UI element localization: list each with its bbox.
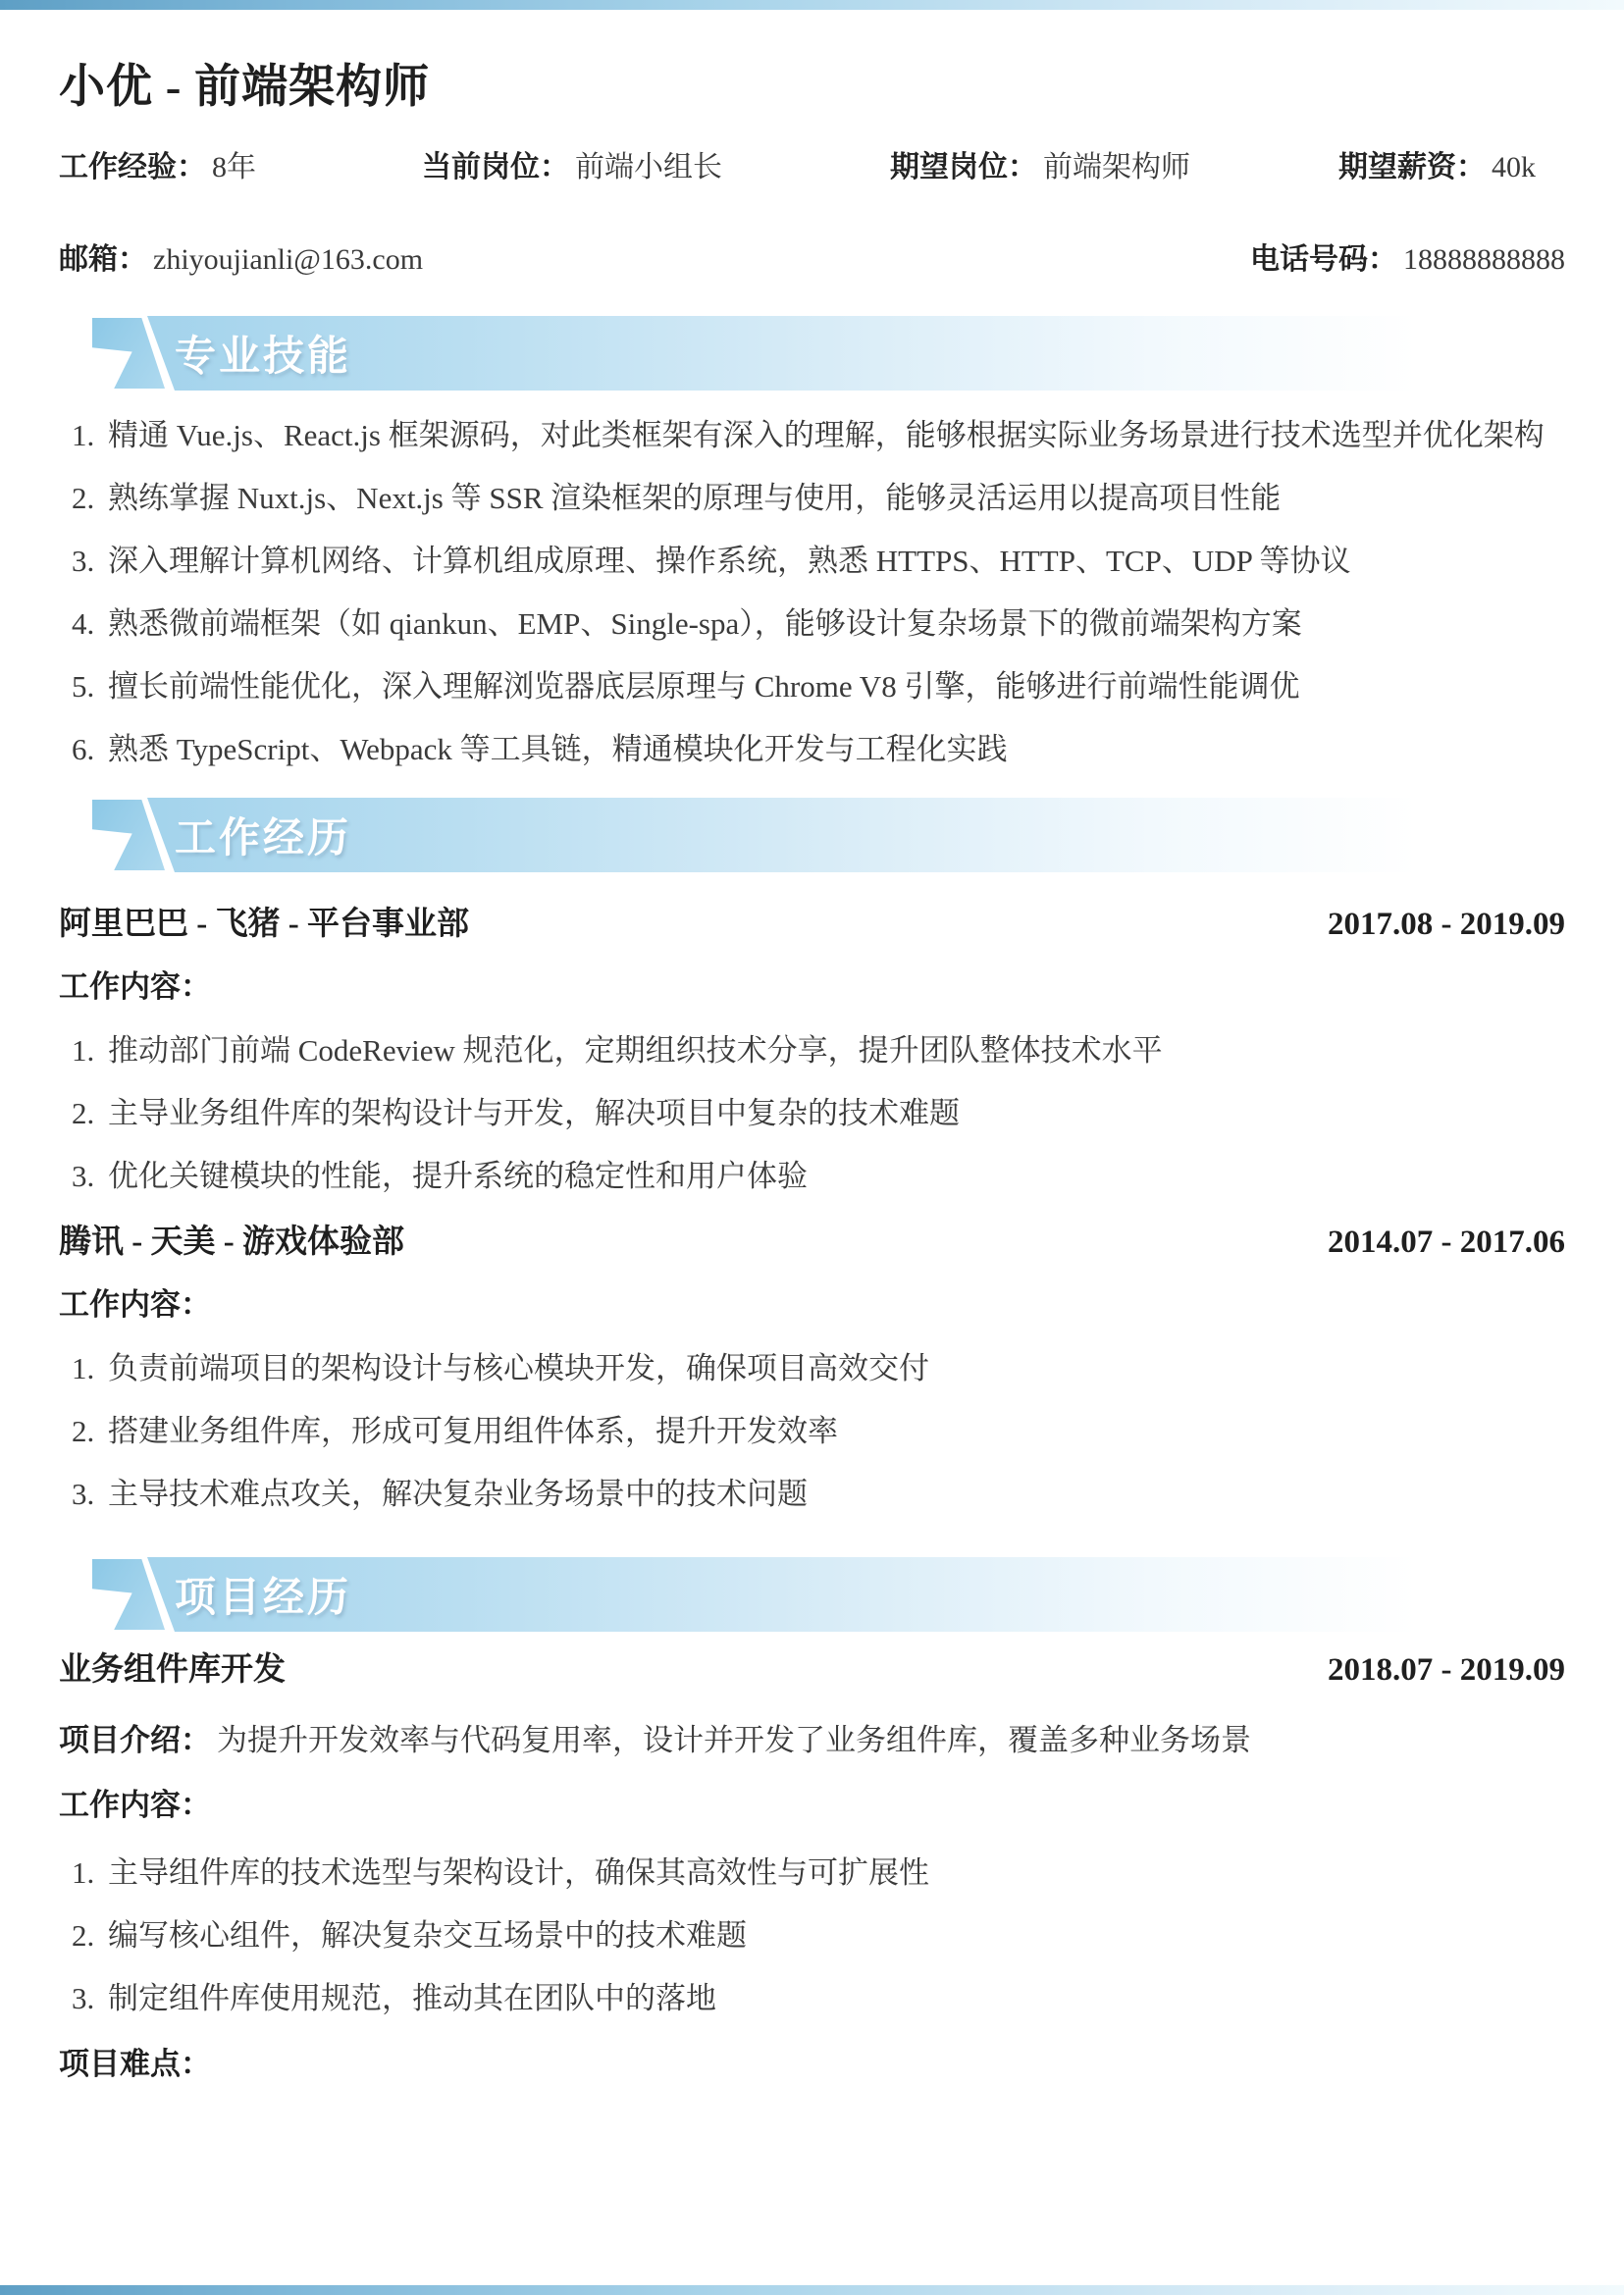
section-title-skills: 专业技能 <box>175 324 351 383</box>
skills-section: 精通 Vue.js、React.js 框架源码，对此类框架有深入的理解，能够根据… <box>59 391 1565 773</box>
info-field-label: 期望岗位： <box>890 151 1037 183</box>
info-field-label: 当前岗位： <box>422 151 569 183</box>
info-field-label: 工作经验： <box>59 151 206 183</box>
resume-title: 小优 - 前端架构师 <box>59 0 1565 118</box>
project-period: 2018.07 - 2019.09 <box>1328 1647 1565 1693</box>
work-item: 搭建业务组件库，形成可复用组件体系，提升开发效率 <box>102 1408 1565 1455</box>
skill-item: 擅长前端性能优化，深入理解浏览器底层原理与 Chrome V8 引擎，能够进行前… <box>102 663 1565 710</box>
info-field-value: 8年 <box>212 151 256 183</box>
job-period: 2014.07 - 2017.06 <box>1328 1220 1565 1265</box>
section-header-work: 工作经历 <box>59 798 1565 872</box>
project-intro-label: 项目介绍： <box>59 1723 211 1757</box>
top-accent-bar <box>0 0 1624 10</box>
skill-item: 深入理解计算机网络、计算机组成原理、操作系统，熟悉 HTTPS、HTTP、TCP… <box>102 538 1565 585</box>
job-block-alibaba: 阿里巴巴 - 飞猪 - 平台事业部 2017.08 - 2019.09 工作内容… <box>59 902 1565 1200</box>
work-content-label: 工作内容： <box>59 1282 1565 1328</box>
skill-item: 熟悉 TypeScript、Webpack 等工具链，精通模块化开发与工程化实践 <box>102 726 1565 773</box>
job-head-row: 阿里巴巴 - 飞猪 - 平台事业部 2017.08 - 2019.09 <box>59 902 1565 947</box>
project-intro-text: 为提升开发效率与代码复用率，设计并开发了业务组件库，覆盖多种业务场景 <box>217 1723 1251 1757</box>
phone-field: 电话号码：18888888888 <box>1250 237 1565 283</box>
section-title-project: 项目经历 <box>175 1565 351 1624</box>
work-section: 阿里巴巴 - 飞猪 - 平台事业部 2017.08 - 2019.09 工作内容… <box>59 872 1565 1518</box>
info-field-expected-position: 期望岗位：前端架构师 <box>890 145 1338 190</box>
work-item: 优化关键模块的性能，提升系统的稳定性和用户体验 <box>102 1153 1565 1200</box>
email-value: zhiyoujianli@163.com <box>153 243 423 276</box>
job-head-row: 腾讯 - 天美 - 游戏体验部 2014.07 - 2017.06 <box>59 1220 1565 1265</box>
info-field-value: 前端架构师 <box>1043 151 1190 183</box>
bottom-accent-bar <box>0 2285 1624 2295</box>
phone-label: 电话号码： <box>1250 243 1397 276</box>
skills-list: 精通 Vue.js、React.js 框架源码，对此类框架有深入的理解，能够根据… <box>59 412 1565 773</box>
work-content-label: 工作内容： <box>59 965 1565 1010</box>
section-title-work: 工作经历 <box>175 806 351 864</box>
contact-row: 邮箱：zhiyoujianli@163.com 电话号码：18888888888 <box>59 237 1565 283</box>
job-period: 2017.08 - 2019.09 <box>1328 902 1565 947</box>
project-items-list: 主导组件库的技术选型与架构设计，确保其高效性与可扩展性 编写核心组件，解决复杂交… <box>59 1850 1565 2022</box>
project-content-label: 工作内容： <box>59 1783 1565 1828</box>
resume-content: 小优 - 前端架构师 工作经验：8年 当前岗位：前端小组长 期望岗位：前端架构师… <box>0 0 1624 2087</box>
project-section: 业务组件库开发 2018.07 - 2019.09 项目介绍：为提升开发效率与代… <box>59 1632 1565 2087</box>
job-items-list: 推动部门前端 CodeReview 规范化，定期组织技术分享，提升团队整体技术水… <box>59 1027 1565 1200</box>
work-item: 主导业务组件库的架构设计与开发，解决项目中复杂的技术难题 <box>102 1090 1565 1137</box>
section-header-skills: 专业技能 <box>59 316 1565 391</box>
project-intro-row: 项目介绍：为提升开发效率与代码复用率，设计并开发了业务组件库，覆盖多种业务场景 <box>59 1718 1565 1763</box>
skill-item: 精通 Vue.js、React.js 框架源码，对此类框架有深入的理解，能够根据… <box>102 412 1565 459</box>
skill-item: 熟悉微前端框架（如 qiankun、EMP、Single-spa），能够设计复杂… <box>102 600 1565 648</box>
project-item: 主导组件库的技术选型与架构设计，确保其高效性与可扩展性 <box>102 1850 1565 1897</box>
project-item: 制定组件库使用规范，推动其在团队中的落地 <box>102 1975 1565 2022</box>
info-field-label: 期望薪资： <box>1338 151 1486 183</box>
info-field-current-position: 当前岗位：前端小组长 <box>422 145 890 190</box>
basic-info-row: 工作经验：8年 当前岗位：前端小组长 期望岗位：前端架构师 期望薪资：40k <box>59 145 1565 190</box>
company-name: 腾讯 - 天美 - 游戏体验部 <box>59 1220 404 1265</box>
email-field: 邮箱：zhiyoujianli@163.com <box>59 237 423 283</box>
project-head-row: 业务组件库开发 2018.07 - 2019.09 <box>59 1647 1565 1693</box>
section-header-project: 项目经历 <box>59 1557 1565 1632</box>
job-items-list: 负责前端项目的架构设计与核心模块开发，确保项目高效交付 搭建业务组件库，形成可复… <box>59 1345 1565 1518</box>
work-item: 推动部门前端 CodeReview 规范化，定期组织技术分享，提升团队整体技术水… <box>102 1027 1565 1074</box>
email-label: 邮箱： <box>59 243 147 276</box>
project-item: 编写核心组件，解决复杂交互场景中的技术难题 <box>102 1912 1565 1959</box>
work-item: 主导技术难点攻关，解决复杂业务场景中的技术问题 <box>102 1471 1565 1518</box>
info-field-experience: 工作经验：8年 <box>59 145 422 190</box>
info-field-expected-salary: 期望薪资：40k <box>1338 145 1565 190</box>
project-name: 业务组件库开发 <box>59 1647 286 1693</box>
project-difficulty-label: 项目难点： <box>59 2042 1565 2087</box>
work-item: 负责前端项目的架构设计与核心模块开发，确保项目高效交付 <box>102 1345 1565 1392</box>
job-block-tencent: 腾讯 - 天美 - 游戏体验部 2014.07 - 2017.06 工作内容： … <box>59 1220 1565 1518</box>
resume-page: 小优 - 前端架构师 工作经验：8年 当前岗位：前端小组长 期望岗位：前端架构师… <box>0 0 1624 2295</box>
company-name: 阿里巴巴 - 飞猪 - 平台事业部 <box>59 902 469 947</box>
info-field-value: 40k <box>1492 151 1536 183</box>
skill-item: 熟练掌握 Nuxt.js、Next.js 等 SSR 渲染框架的原理与使用，能够… <box>102 475 1565 522</box>
info-field-value: 前端小组长 <box>575 151 722 183</box>
phone-value: 18888888888 <box>1403 243 1565 276</box>
